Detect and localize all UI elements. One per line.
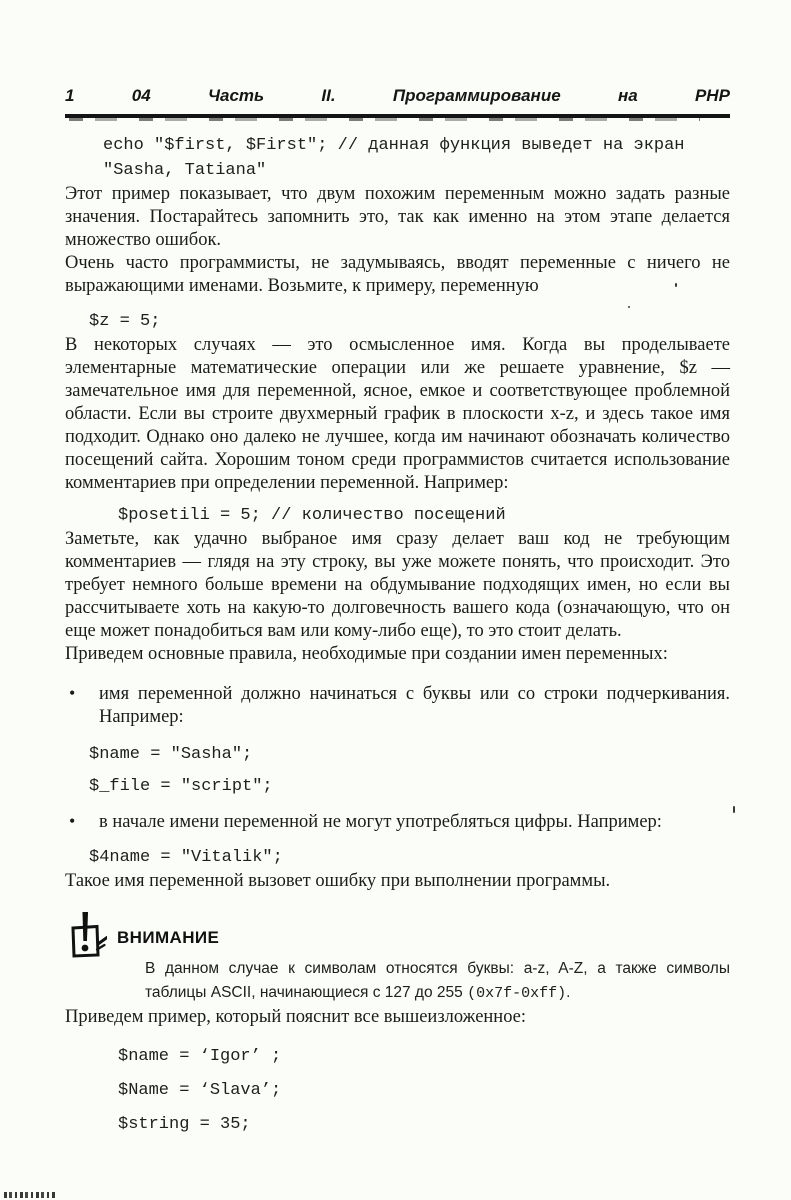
header-title-word1: Программирование (393, 86, 561, 106)
scanned-book-page: 1 04 Часть II. Программирование на PHP e… (0, 0, 791, 1200)
header-rule (65, 114, 730, 118)
attention-text-before: В данном случае к символам относятся бук… (145, 960, 730, 1001)
page-number-rest: 04 (132, 86, 151, 106)
paragraph-good-naming: Заметьте, как удачно выбраное имя сразу … (65, 528, 730, 643)
code-final-igor: $name = ‘Igor’ ; (65, 1044, 730, 1069)
header-title-word3: PHP (695, 86, 730, 106)
bullet-marker: • (65, 811, 99, 834)
paragraph-meaningful-name: В некоторых случаях — это осмысленное им… (65, 334, 730, 495)
bullet-marker: • (65, 683, 99, 729)
code-echo-line2: "Sasha, Tatiana" (65, 158, 730, 183)
code-z-assignment: $z = 5; (65, 309, 730, 334)
attention-text: В данном случае к символам относятся бук… (145, 957, 730, 1006)
attention-title: ВНИМАНИЕ (117, 910, 730, 948)
bullet-item-no-digits: • в начале имени переменной не могут упо… (65, 811, 730, 834)
paragraph-error-note: Такое имя переменной вызовет ошибку при … (65, 870, 730, 893)
scan-noise-smudge (4, 1192, 56, 1198)
code-4name-vitalik: $4name = "Vitalik"; (65, 845, 730, 870)
header-title-word2: на (618, 86, 638, 106)
code-final-string: $string = 35; (65, 1112, 730, 1137)
scan-speck (628, 306, 630, 308)
attention-hex-range: (0x7f-0xff) (467, 985, 566, 1002)
page-number-digit: 1 (65, 86, 74, 106)
header-part-word: Часть (208, 86, 264, 106)
code-posetili: $posetili = 5; // количество посещений (65, 503, 730, 528)
bullet-item-letter-start: • имя переменной должно начинаться с бук… (65, 683, 730, 729)
code-echo-line1: echo "$first, $First"; // данная функция… (65, 133, 730, 158)
code-final-slava: $Name = ‘Slava’; (65, 1078, 730, 1103)
code-name-sasha: $name = "Sasha"; (65, 742, 730, 767)
running-header: 1 04 Часть II. Программирование на PHP (65, 0, 730, 106)
attention-exclamation-icon (67, 910, 107, 960)
paragraph-two-variables: Этот пример показывает, что двум похожим… (65, 183, 730, 252)
bullet2-text: в начале имени переменной не могут употр… (99, 811, 730, 834)
scan-speck (733, 806, 735, 813)
paragraph-rules-intro: Приведем основные правила, необходимые п… (65, 643, 730, 666)
header-part-numeral: II. (321, 86, 335, 106)
code-file-script: $_file = "script"; (65, 774, 730, 799)
attention-text-after: . (566, 984, 570, 1001)
paragraph-final-intro: Приведем пример, который пояснит все выш… (65, 1006, 730, 1029)
attention-block: ВНИМАНИЕ В данном случае к символам отно… (65, 910, 730, 1006)
scan-speck (675, 283, 677, 287)
bullet1-text: имя переменной должно начинаться с буквы… (99, 683, 730, 729)
paragraph-meaningless-names: Очень часто программисты, не задумываясь… (65, 252, 730, 298)
